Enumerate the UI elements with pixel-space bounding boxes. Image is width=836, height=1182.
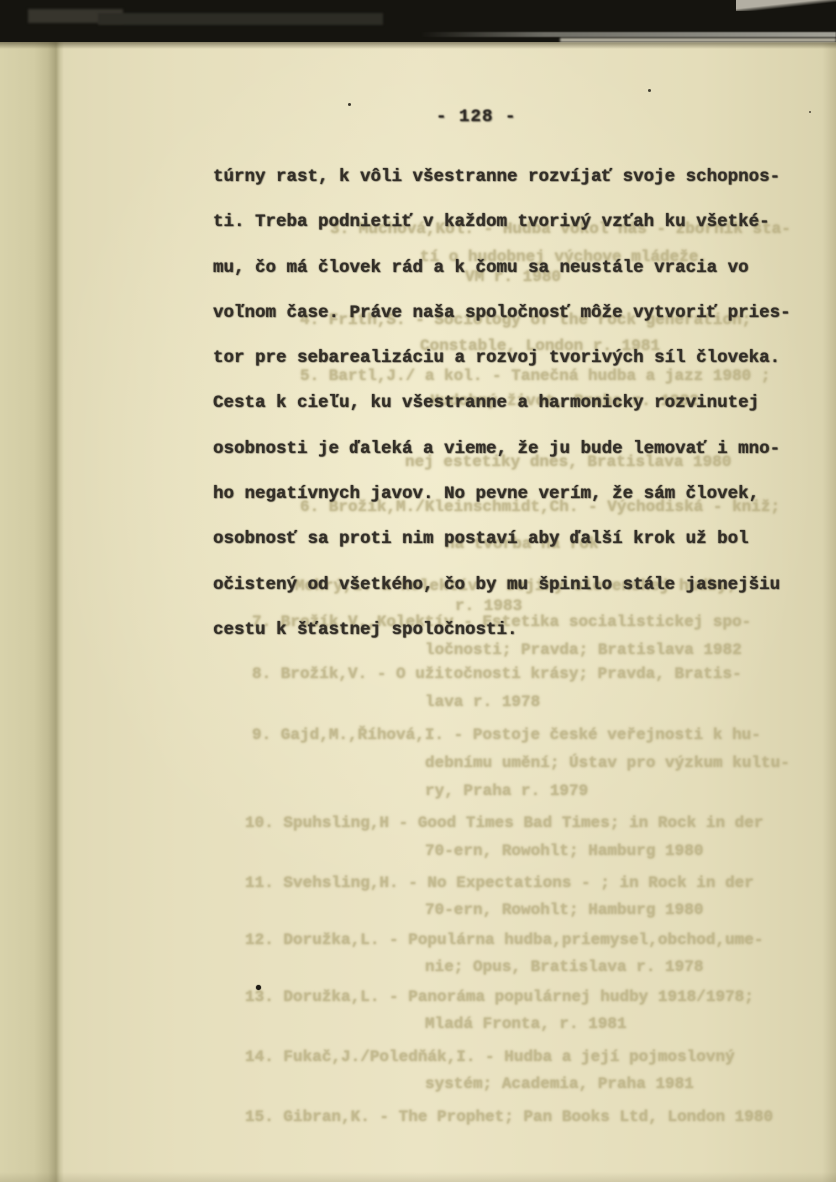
band-highlight-line [420,32,836,37]
body-text-line: mu, čo má človek rád a k čomu sa neustál… [213,246,813,291]
bleedthrough-line: 11. Svehsling,H. - No Expectations - ; i… [245,874,754,892]
bleedthrough-line: 14. Fukač,J./Poledňák,I. - Hudba a její … [245,1048,735,1066]
ink-speck [809,111,811,113]
page-gutter-edge [0,40,64,1182]
bleedthrough-line: 9. Gajd,M.,Říhová,I. - Postoje české veř… [252,726,761,744]
page-right-edge-shadow [822,40,836,1182]
bleedthrough-line: 13. Doružka,L. - Panoráma populárnej hud… [245,988,754,1006]
body-text-line: túrny rast, k vôli všestranne rozvíjať s… [213,155,813,200]
bleedthrough-line: 15. Gibran,K. - The Prophet; Pan Books L… [245,1108,773,1126]
bleedthrough-line: debnímu umění; Ústav pro výzkum kultu- [425,754,790,772]
bleedthrough-line: 8. Brožík,V. - O užitočnosti krásy; Prav… [252,665,742,683]
bleedthrough-line: systém; Academia, Praha 1981 [425,1075,694,1093]
bleedthrough-line: nie; Opus, Bratislava r. 1978 [425,958,703,976]
bleedthrough-line: 70-ern, Rowohlt; Hamburg 1980 [425,842,703,860]
bleedthrough-line: ry, Praha r. 1979 [425,782,588,800]
body-text-line: ti. Treba podnietiť v každom tvorivý vzť… [213,200,813,245]
page-number: - 128 - [436,107,517,127]
bleedthrough-line: lava r. 1978 [425,693,540,711]
scanned-document-page: 3. Muchová,Kol. - Hudba vôkol nás - zbor… [0,0,836,1182]
ink-speck [348,103,351,106]
body-text-line: ho negatívnych javov. No pevne verím, že… [213,472,813,517]
band-streak [98,13,383,25]
body-text-line: osobnosť sa proti nim postaví aby ďalší … [213,517,813,562]
ink-speck [256,985,261,990]
body-text-line: tor pre sebarealizáciu a rozvoj tvorivýc… [213,336,813,381]
body-text-line: voľnom čase. Práve naša spoločnosť môže … [213,291,813,336]
ink-speck [648,89,651,92]
bleedthrough-line: 70-ern, Rowohlt; Hamburg 1980 [425,901,703,919]
bleedthrough-line: 12. Doružka,L. - Populárna hudba,priemys… [245,931,763,949]
body-text-block: túrny rast, k vôli všestranne rozvíjať s… [213,155,813,653]
page-bottom-edge-shadow [0,1172,836,1182]
band-corner-wedge [736,0,836,11]
band-bright-edge [560,38,836,42]
body-text-line: očistený od všetkého, čo by mu špinilo s… [213,563,813,608]
bleedthrough-line: 10. Spuhsling,H - Good Times Bad Times; … [245,814,763,832]
body-text-line: Cesta k cieľu, ku všestranne a harmonick… [213,381,813,426]
body-text-line: osobnosti je ďaleká a vieme, že ju bude … [213,427,813,472]
bleedthrough-line: Mladá Fronta, r. 1981 [425,1015,627,1033]
band-shadow [0,42,836,49]
body-text-line: cestu k šťastnej spoločnosti. [213,608,813,653]
scanner-edge-band [0,0,836,42]
